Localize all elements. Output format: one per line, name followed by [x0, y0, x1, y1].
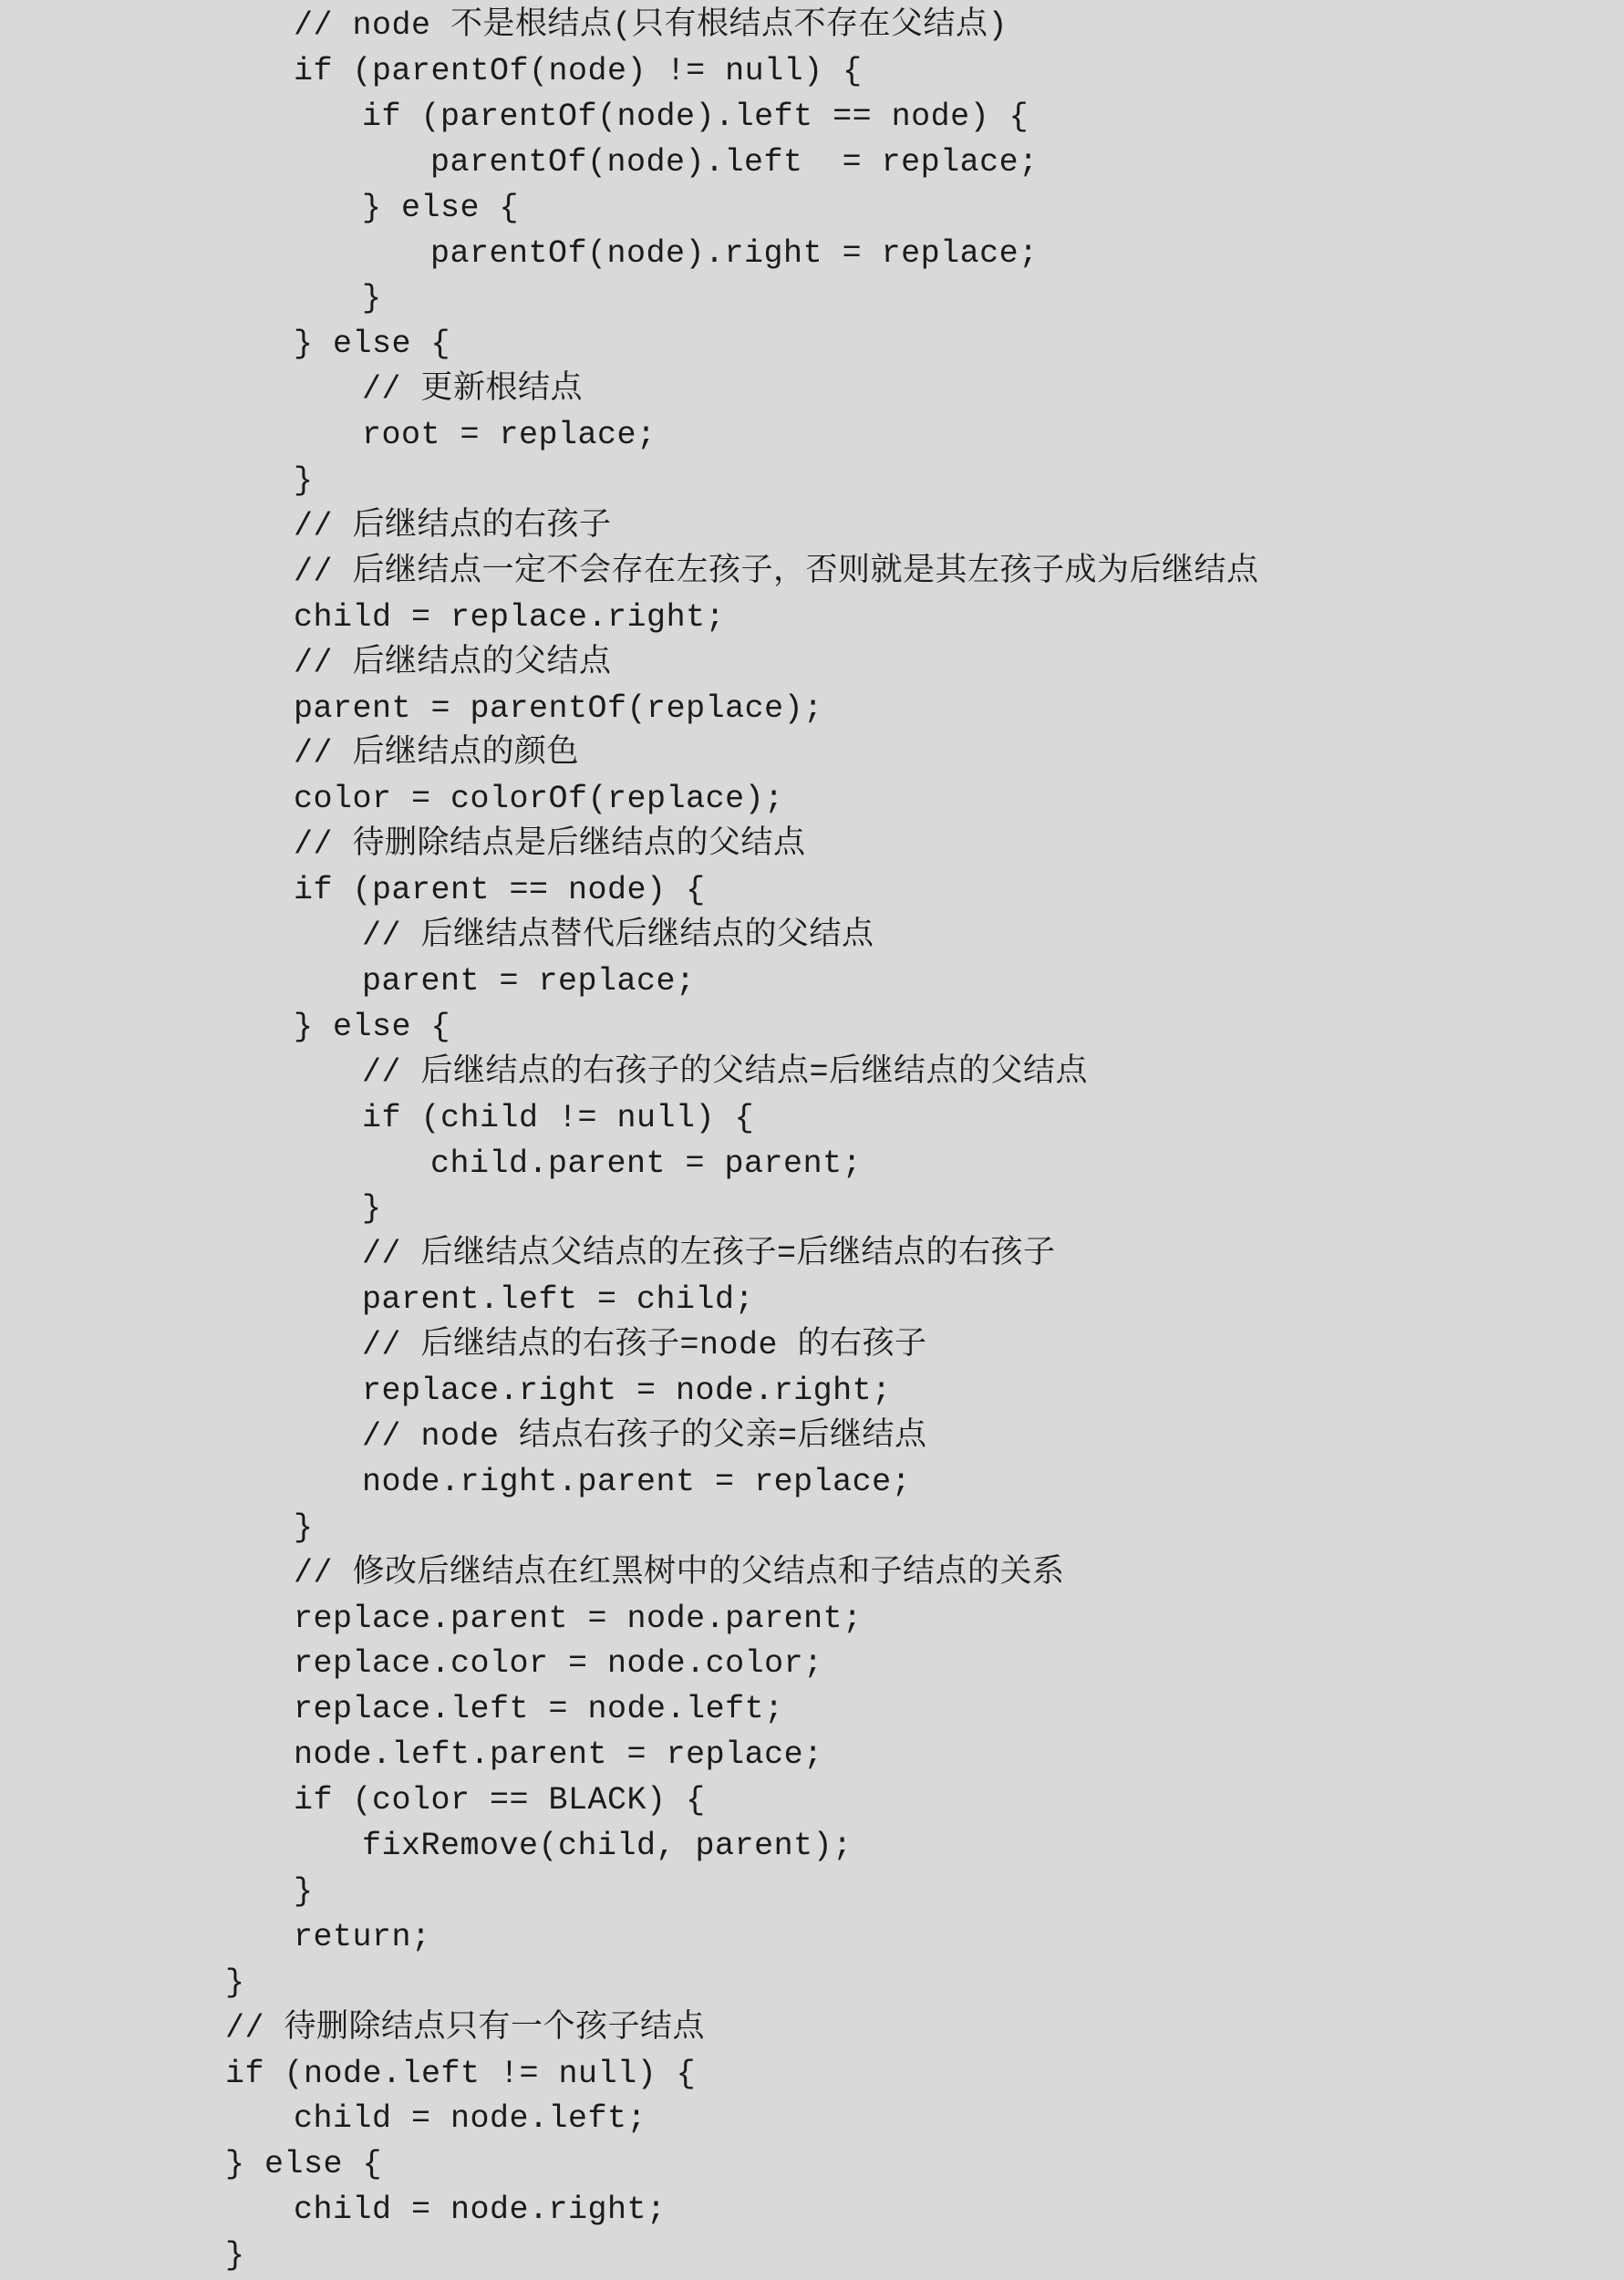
code-line: if (parent == node) {: [294, 867, 706, 913]
code-comment-line: // 后继结点的右孩子的父结点=后继结点的父结点: [362, 1050, 1088, 1095]
code-line: node.right.parent = replace;: [362, 1459, 911, 1505]
code-line: }: [362, 275, 382, 321]
code-comment-line: // 后继结点父结点的左孩子=后继结点的右孩子: [362, 1231, 1056, 1277]
code-comment-line: // 待删除结点只有一个孩子结点: [225, 2005, 705, 2051]
code-line: }: [225, 2233, 245, 2278]
code-line: } else {: [294, 321, 450, 367]
code-comment-line: // node 结点右孩子的父亲=后继结点: [362, 1414, 927, 1459]
code-line: return;: [294, 1914, 431, 1960]
code-line: } else {: [362, 185, 519, 231]
code-comment-line: // 后继结点替代后继结点的父结点: [362, 913, 874, 959]
code-line: if (node.left != null) {: [225, 2051, 696, 2097]
code-line: }: [294, 1505, 314, 1550]
code-line: child.parent = parent;: [430, 1141, 862, 1187]
code-line: replace.right = node.right;: [362, 1368, 892, 1414]
code-comment-line: // 待删除结点是后继结点的父结点: [294, 822, 806, 867]
code-line: }: [362, 1186, 382, 1231]
code-line: child = node.right;: [294, 2187, 667, 2233]
code-line: parent = replace;: [362, 959, 696, 1004]
code-line: }: [294, 458, 314, 503]
code-comment-line: // 后继结点的父结点: [294, 640, 612, 686]
code-line: } else {: [225, 2141, 382, 2187]
code-line: parent = parentOf(replace);: [294, 686, 823, 731]
code-line: if (parentOf(node).left == node) {: [362, 94, 1029, 140]
code-line: root = replace;: [362, 412, 657, 458]
code-line: replace.left = node.left;: [294, 1686, 784, 1732]
code-line: child = replace.right;: [294, 595, 725, 640]
code-comment-line: // 后继结点的右孩子: [294, 503, 612, 549]
code-line: if (child != null) {: [362, 1095, 754, 1141]
code-line: child = node.left;: [294, 2096, 646, 2141]
code-line: if (color == BLACK) {: [294, 1777, 706, 1823]
code-line: if (parentOf(node) != null) {: [294, 48, 863, 94]
code-line: parent.left = child;: [362, 1277, 754, 1322]
code-comment-line: // 后继结点的颜色: [294, 731, 579, 776]
code-line: parentOf(node).left = replace;: [430, 140, 1039, 185]
code-line: } else {: [294, 1004, 450, 1050]
code-line: color = colorOf(replace);: [294, 776, 784, 822]
code-line: parentOf(node).right = replace;: [430, 231, 1039, 276]
code-comment-line: // 后继结点的右孩子=node 的右孩子: [362, 1322, 927, 1368]
code-line: }: [225, 1960, 245, 2005]
code-comment-line: // node 不是根结点(只有根结点不存在父结点): [294, 3, 1008, 48]
code-line: node.left.parent = replace;: [294, 1732, 823, 1777]
code-comment-line: // 后继结点一定不会存在左孩子，否则就是其左孩子成为后继结点: [294, 549, 1259, 595]
code-line: fixRemove(child, parent);: [362, 1823, 853, 1869]
code-comment-line: // 修改后继结点在红黑树中的父结点和子结点的关系: [294, 1550, 1065, 1596]
code-line: replace.color = node.color;: [294, 1641, 823, 1686]
code-line: replace.parent = node.parent;: [294, 1596, 863, 1642]
code-line: }: [294, 1869, 314, 1914]
code-comment-line: // 更新根结点: [362, 367, 583, 412]
